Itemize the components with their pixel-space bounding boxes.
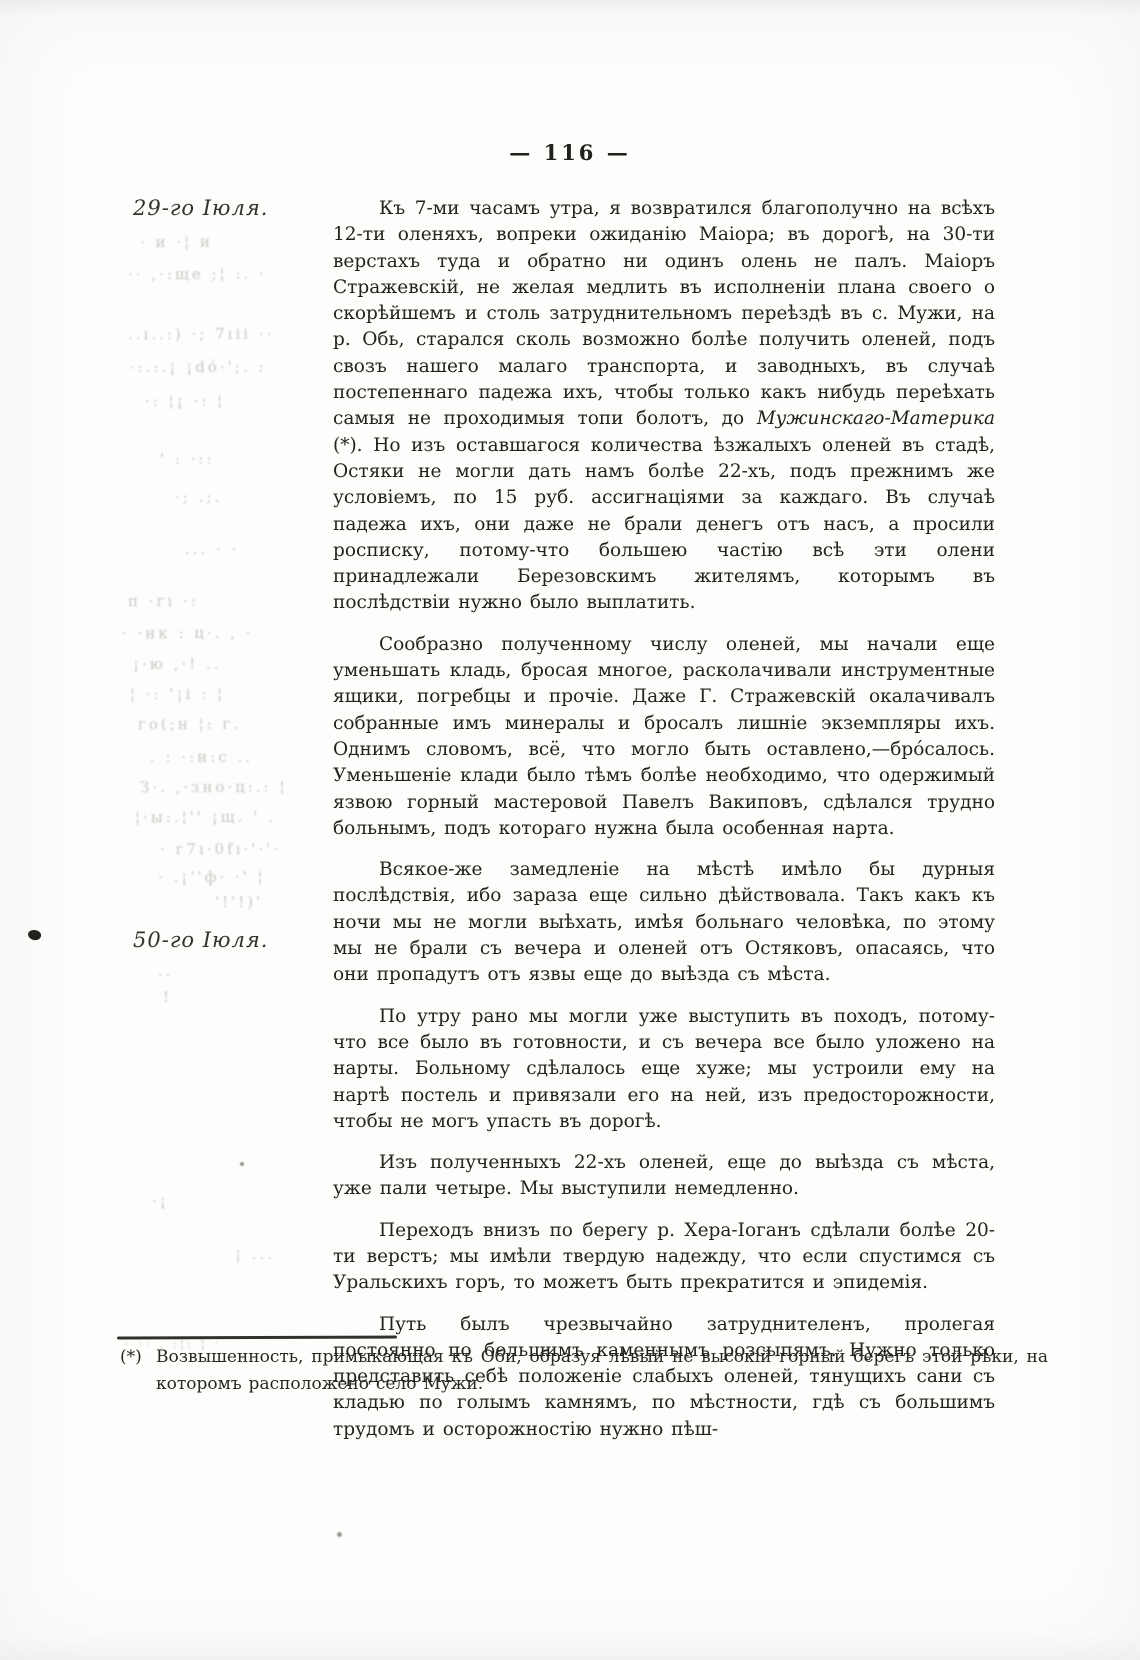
- footnote: (*) Возвышенность, примыкающая къ Оби, о…: [120, 1344, 1048, 1398]
- ink-blot: [27, 928, 42, 942]
- footnote-marker: (*): [120, 1344, 142, 1371]
- bleed-through-mark: ·: ¦¡ ·: ¦: [145, 392, 225, 410]
- bleed-through-mark: ·; .;.: [175, 488, 222, 506]
- bleed-through-mark: ... · ·: [185, 540, 239, 558]
- margin-date-july-30: 50-го Іюля.: [133, 928, 268, 952]
- bleed-through-mark: З·. ,·зно·ц:.: ¦: [140, 778, 288, 797]
- bleed-through-mark: '!'!)': [215, 893, 263, 911]
- paragraph-6: Переходъ внизъ по берегу р. Хера-Іоганъ …: [333, 1218, 995, 1297]
- ink-speck: [240, 1162, 244, 1166]
- bleed-through-mark: ¦·ы:.¦'' ¡щ. ' .: [135, 808, 276, 827]
- bleed-through-mark: !: [163, 988, 172, 1006]
- paragraph-4: По утру рано мы могли уже выступить въ п…: [333, 1004, 995, 1135]
- bleed-through-mark: · ·нк : ц·. , ·: [122, 624, 254, 643]
- bleed-through-mark: · и ·¦ и: [140, 233, 213, 251]
- ink-speck: [337, 1532, 342, 1537]
- bleed-through-mark: ' : ·::: [160, 450, 215, 468]
- footnote-text: Возвышенность, примыкающая къ Оби, образ…: [156, 1347, 1048, 1394]
- paragraph-5: Изъ полученныхъ 22-хъ оленей, еще до выѣ…: [333, 1150, 995, 1203]
- scanned-book-page: — 116 — 29-го Іюля. 50-го Іюля. · и ·¦ и…: [0, 0, 1140, 1660]
- paragraph-1-text-cont: (*). Но изъ оставшагося количества ѣзжал…: [333, 435, 995, 614]
- bleed-through-mark: · г7ı·0fı·'·'·: [160, 840, 281, 859]
- paragraph-2: Сообразно полученному числу оленей, мы н…: [333, 632, 995, 842]
- bleed-through-mark: ¦ ·: '¡i : ¦: [130, 685, 225, 703]
- margin-date-july-29: 29-го Іюля.: [133, 196, 268, 220]
- body-text-column: Къ 7-ми часамъ утра, я возвратился благо…: [333, 196, 995, 1443]
- bleed-through-mark: п ·гı ·:: [128, 592, 199, 610]
- bleed-through-mark: ..ı..:) ·; 7ıiі ··: [128, 325, 274, 344]
- paragraph-1: Къ 7-ми часамъ утра, я возвратился благо…: [333, 196, 995, 617]
- bleed-through-mark: ·¡: [152, 1192, 169, 1210]
- bleed-through-mark: ¡·ю ,·! ..: [133, 655, 222, 673]
- bleed-through-mark: . : ·:н:с ..: [150, 748, 253, 767]
- bleed-through-mark: ·· ,·:ще ;¦ :. ·: [128, 265, 267, 284]
- bleed-through-mark: ¡ ...: [235, 1245, 275, 1263]
- place-name-italic: Мужинскаго-Материка: [757, 408, 995, 429]
- bleed-through-mark: ..: [158, 962, 174, 980]
- paragraph-3: Всякое-же замедленіе на мѣстѣ имѣло бы д…: [333, 857, 995, 988]
- bleed-through-mark: ·:.:.¡ ¡dó·';. :: [130, 358, 266, 377]
- paragraph-1-text: Къ 7-ми часамъ утра, я возвратился благо…: [333, 198, 995, 429]
- bleed-through-mark: го(;н ¦: г.: [138, 715, 241, 734]
- bleed-through-mark: · .¡''ф· ·' ¦: [158, 868, 266, 887]
- page-number: — 116 —: [0, 140, 1140, 165]
